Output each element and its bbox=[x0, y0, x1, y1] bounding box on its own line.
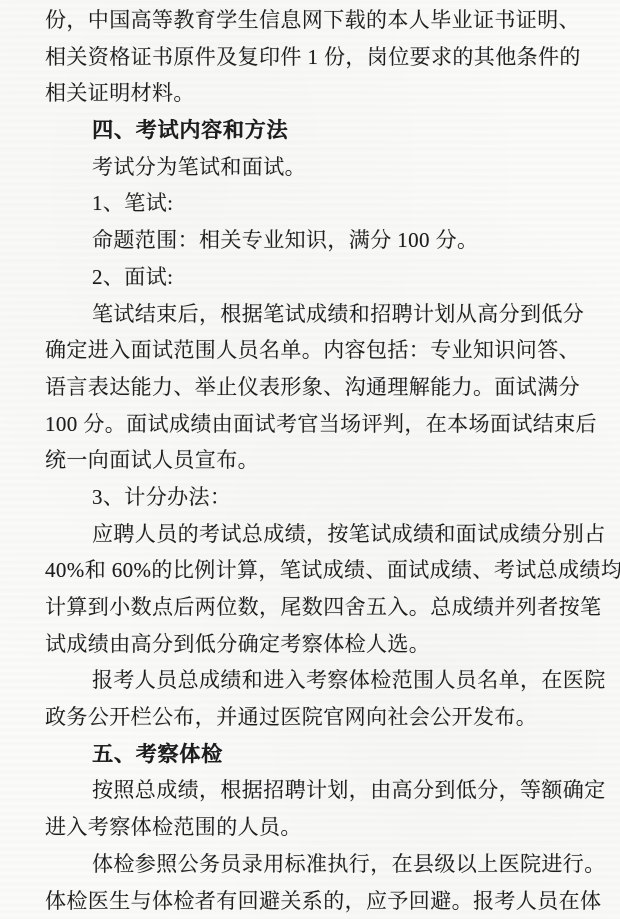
text-line: 报考人员总成绩和进入考察体检范围人员名单，在医院 bbox=[45, 662, 576, 699]
list-item-scoring: 3、计分办法： bbox=[45, 479, 576, 516]
text-line: 体检参照公务员录用标准执行，在县级以上医院进行。 bbox=[45, 846, 576, 883]
text-line: 应聘人员的考试总成绩，按笔试成绩和面试成绩分别占 bbox=[45, 516, 576, 553]
list-item-interview: 2、面试: bbox=[45, 259, 576, 296]
text-line: 进入考察体检范围的人员。 bbox=[45, 809, 576, 846]
text-line: 100 分。面试成绩由面试考官当场评判，在本场面试结束后 bbox=[45, 406, 576, 443]
text-line: 笔试结束后，根据笔试成绩和招聘计划从高分到低分 bbox=[45, 296, 576, 333]
document-page: 份，中国高等教育学生信息网下载的本人毕业证书证明、 相关资格证书原件及复印件 1… bbox=[0, 0, 620, 919]
text-line: 40%和 60%的比例计算，笔试成绩、面试成绩、考试总成绩均 bbox=[45, 552, 576, 589]
text-line: 按照总成绩，根据招聘计划，由高分到低分，等额确定 bbox=[45, 772, 576, 809]
section-heading-five: 五、考察体检 bbox=[45, 736, 576, 773]
text-line: 计算到小数点后两位数，尾数四舍五入。总成绩并列者按笔 bbox=[45, 589, 576, 626]
text-line: 份，中国高等教育学生信息网下载的本人毕业证书证明、 bbox=[45, 2, 576, 39]
text-line: 统一向面试人员宣布。 bbox=[45, 442, 576, 479]
text-line: 相关资格证书原件及复印件 1 份，岗位要求的其他条件的 bbox=[45, 39, 576, 76]
section-heading-four: 四、考试内容和方法 bbox=[45, 112, 576, 149]
text-line: 政务公开栏公布，并通过医院官网向社会公开发布。 bbox=[45, 699, 576, 736]
text-line: 命题范围：相关专业知识，满分 100 分。 bbox=[45, 222, 576, 259]
list-item-written-exam: 1、笔试: bbox=[45, 185, 576, 222]
text-line: 确定进入面试范围人员名单。内容包括：专业知识问答、 bbox=[45, 332, 576, 369]
text-line: 试成绩由高分到低分确定考察体检人选。 bbox=[45, 626, 576, 663]
text-line: 考试分为笔试和面试。 bbox=[45, 149, 576, 186]
text-line: 语言表达能力、举止仪表形象、沟通理解能力。面试满分 bbox=[45, 369, 576, 406]
text-line: 相关证明材料。 bbox=[45, 75, 576, 112]
text-line: 体检医生与体检者有回避关系的，应予回避。报考人员在体 bbox=[45, 883, 576, 919]
